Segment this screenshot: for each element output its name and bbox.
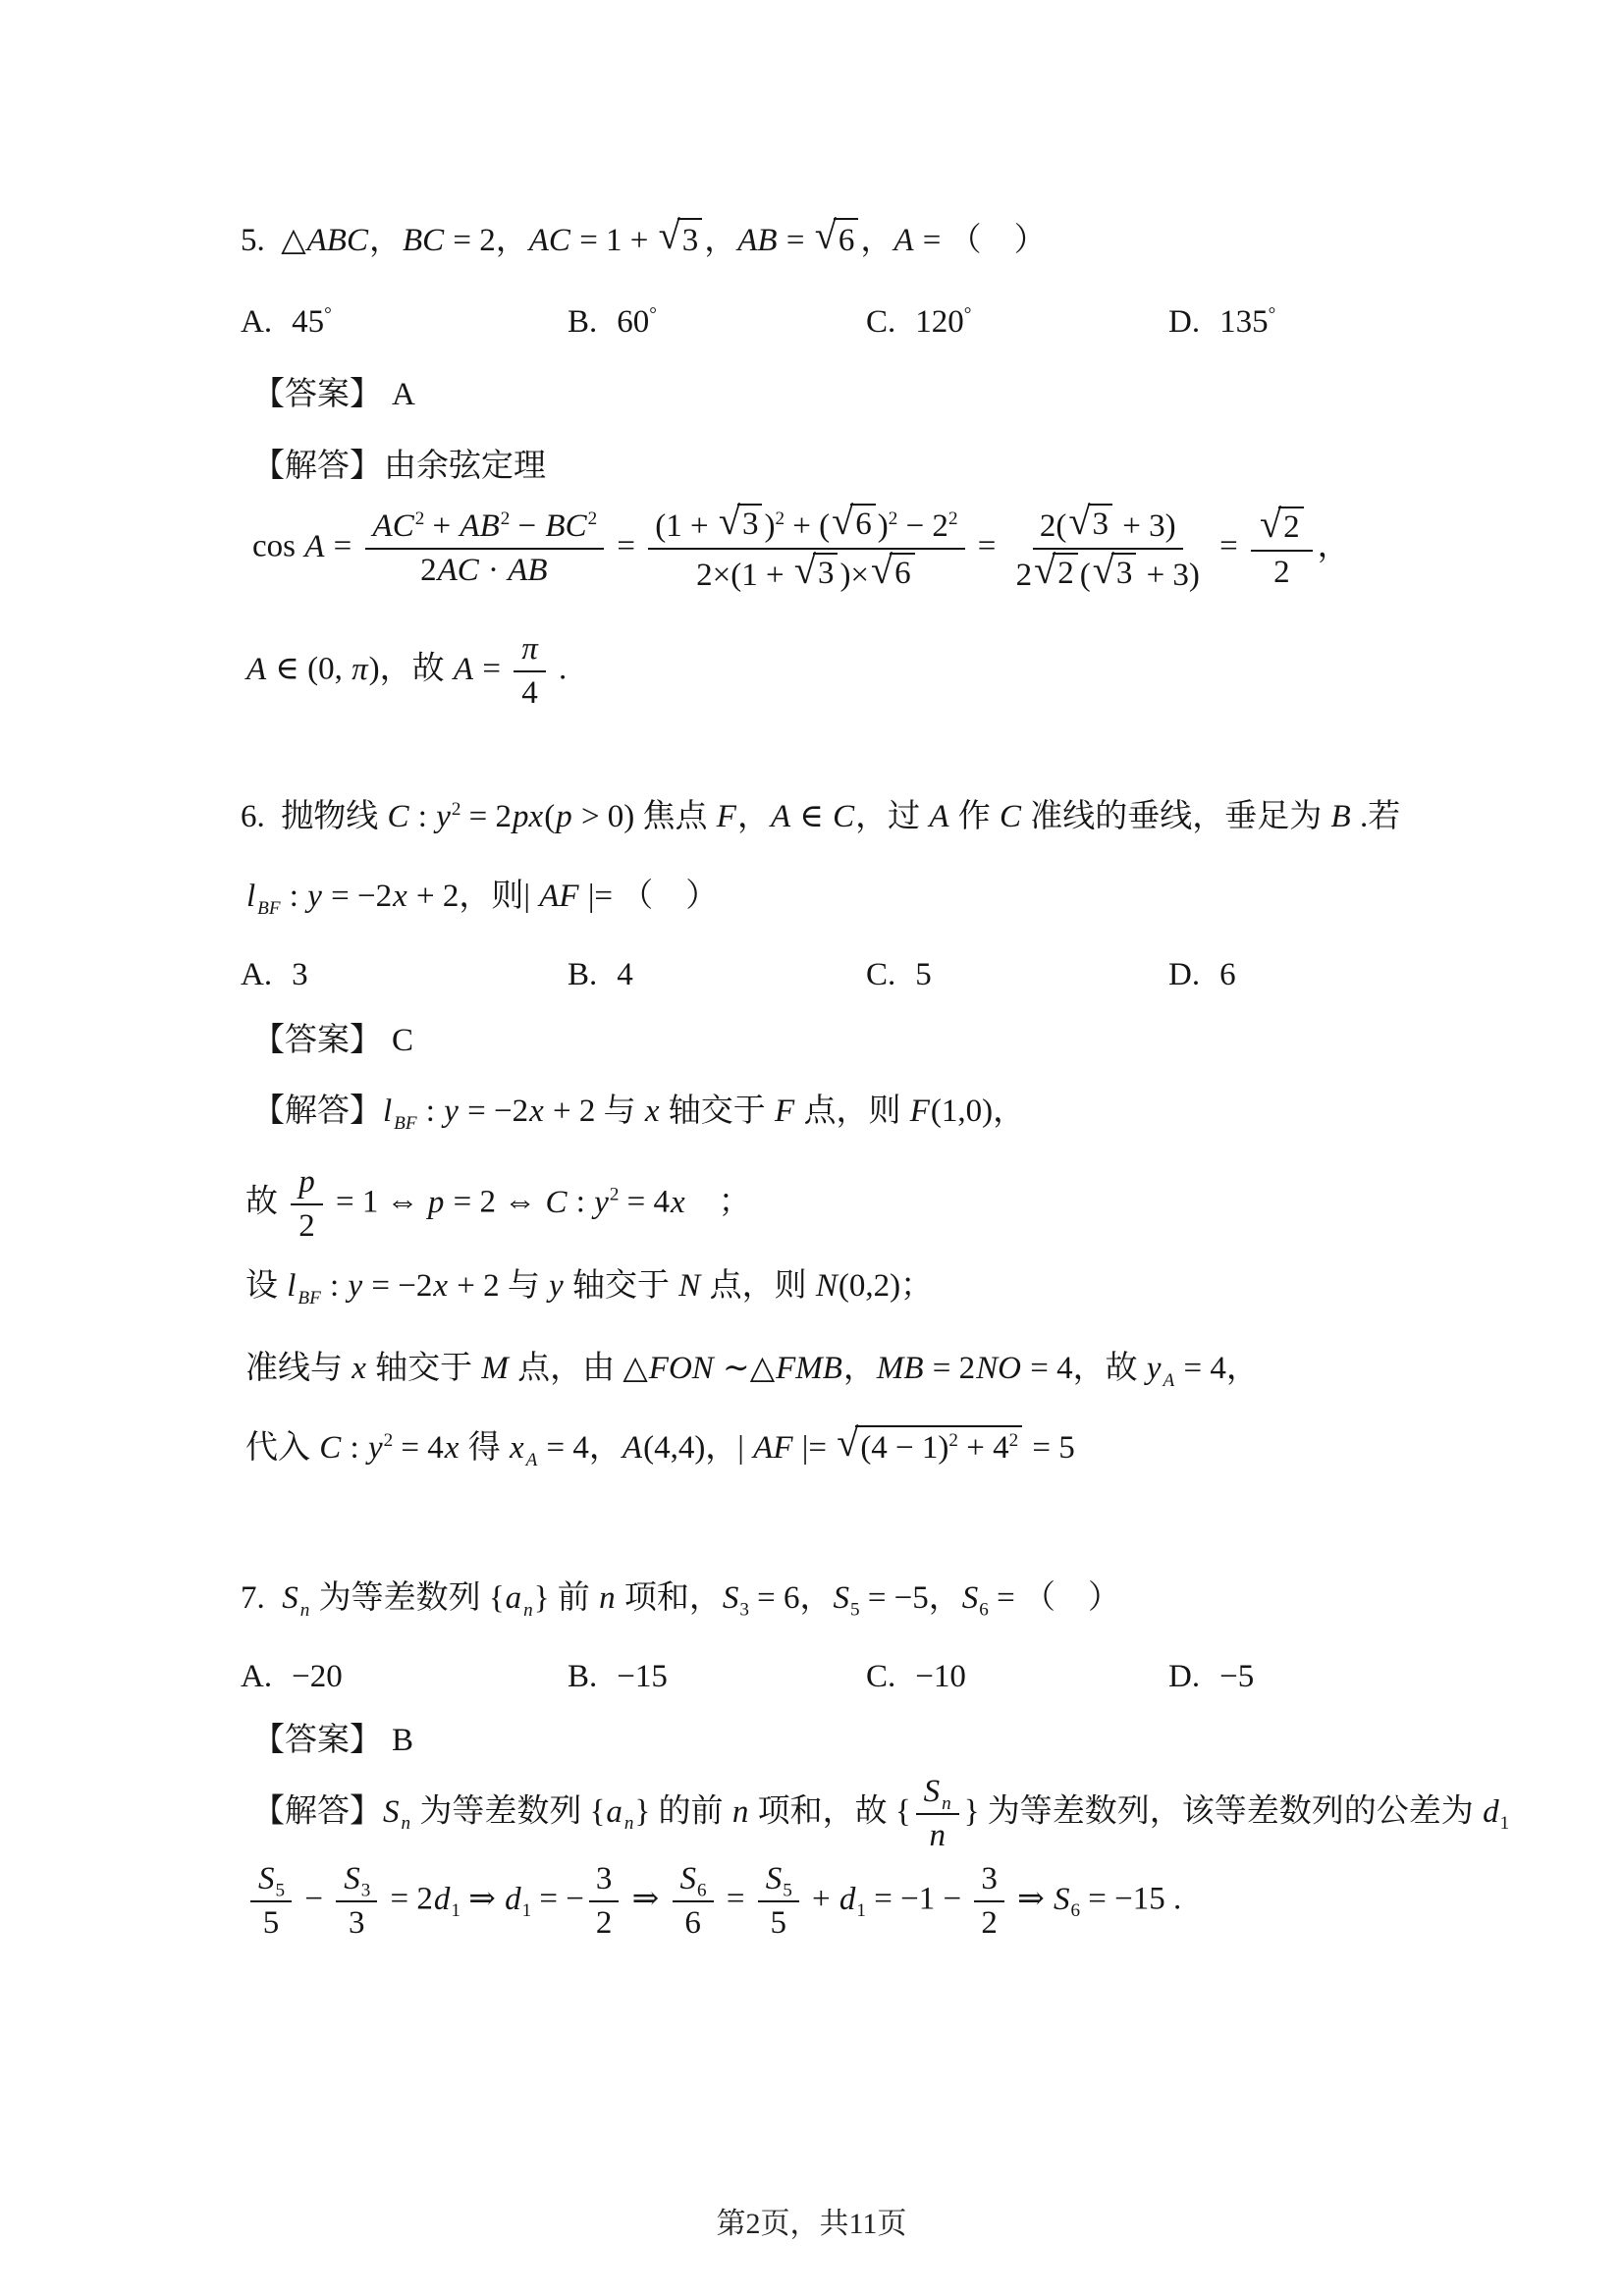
option-label: A. <box>241 1659 272 1694</box>
answer-label: 【答案】 <box>252 377 382 412</box>
option-value: 120° <box>915 304 971 340</box>
solution-text: 由余弦定理 <box>384 449 546 484</box>
answer-label: 【答案】 <box>252 1023 382 1058</box>
option-label: B. <box>568 304 597 340</box>
option-value: −20 <box>292 1659 343 1694</box>
question-7-option-d: D.−5 <box>1168 1659 1254 1695</box>
option-value: 4 <box>617 957 633 992</box>
option-label: C. <box>866 1659 895 1694</box>
question-5-equation-conclusion: A ∈ (0, π)，故 A = π4 . <box>245 630 567 713</box>
option-label: C. <box>866 304 895 340</box>
question-5-solution-intro: 【解答】由余弦定理 <box>252 447 546 487</box>
option-value: 45° <box>292 304 332 340</box>
option-label: B. <box>568 957 597 992</box>
question-7-option-a: A.−20 <box>241 1659 343 1695</box>
answer-value: A <box>392 377 415 412</box>
document-page: { "q5": { "stem": ["5.\u00a0 △", {"v":"A… <box>0 0 1623 2296</box>
question-6-solution-line4: 准线与 x 轴交于 M 点，由 △FON ∼△FMB，MB = 2NO = 4，… <box>245 1349 1259 1389</box>
answer-value: B <box>392 1723 413 1758</box>
question-7-option-c: C.−10 <box>866 1659 966 1695</box>
option-label: D. <box>1168 1659 1200 1694</box>
option-label: B. <box>568 1659 597 1694</box>
option-value: −10 <box>915 1659 966 1694</box>
option-value: 3 <box>292 957 308 992</box>
question-6-option-a: A.3 <box>241 957 308 993</box>
question-5-answer: 【答案】A <box>252 375 415 415</box>
question-6-solution-line5: 代入 C : y2 = 4x 得 xA = 4，A(4,4)，| AF |= √… <box>245 1425 1075 1468</box>
question-6-option-c: C.5 <box>866 957 932 993</box>
question-7-answer: 【答案】B <box>252 1721 413 1761</box>
option-value: 135° <box>1219 304 1275 340</box>
question-7-option-b: B.−15 <box>568 1659 668 1695</box>
option-label: A. <box>241 957 272 992</box>
option-label: D. <box>1168 957 1200 992</box>
question-6-solution-line2: 故 p2 = 1 ⇔ p = 2 ⇔ C : y2 = 4x ； <box>245 1163 751 1246</box>
question-6-solution-line3: 设 lBF : y = −2x + 2 与 y 轴交于 N 点，则 N(0,2)… <box>245 1266 933 1307</box>
question-5-option-b: B.60° <box>568 304 657 341</box>
answer-label: 【答案】 <box>252 1723 382 1758</box>
question-5-option-d: D.135° <box>1168 304 1275 341</box>
question-6-solution-line1: 【解答】lBF : y = −2x + 2 与 x 轴交于 F 点，则 F(1,… <box>252 1092 1025 1132</box>
option-value: −5 <box>1219 1659 1254 1694</box>
option-value: −15 <box>617 1659 668 1694</box>
question-6-stem-line1: 6. 抛物线 C : y2 = 2px(p > 0) 焦点 F，A ∈ C，过 … <box>241 797 1400 837</box>
page-number-footer: 第2页，共11页 <box>0 2199 1623 2242</box>
question-6-option-d: D.6 <box>1168 957 1236 993</box>
question-6-option-b: B.4 <box>568 957 633 993</box>
question-5-option-c: C.120° <box>866 304 971 341</box>
question-7-stem: 7. Sn 为等差数列 {an} 前 n 项和，S3 = 6，S5 = −5，S… <box>241 1578 1120 1619</box>
answer-value: C <box>392 1023 413 1058</box>
question-6-options: A.3 B.4 C.5 D.6 <box>0 957 1623 1008</box>
option-label: A. <box>241 304 272 340</box>
option-label: D. <box>1168 304 1200 340</box>
question-7-solution-line1: 【解答】Sn 为等差数列 {an} 的前 n 项和，故 {Snn} 为等差数列，… <box>252 1773 1509 1855</box>
option-value: 5 <box>915 957 932 992</box>
question-6-stem-line2: lBF : y = −2x + 2，则| AF |= （ ） <box>245 877 718 917</box>
option-value: 6 <box>1219 957 1236 992</box>
question-5-option-a: A.45° <box>241 304 332 341</box>
question-5-equation-main: cos A = AC2 + AB2 − BC22AC · AB = (1 + √… <box>252 503 1350 595</box>
option-value: 60° <box>617 304 657 340</box>
question-7-solution-line2: S55 − S33 = 2d1 ⇒ d1 = −32 ⇒ S66 = S55 +… <box>245 1860 1181 1943</box>
question-5-options: A.45° B.60° C.120° D.135° <box>0 304 1623 355</box>
question-7-options: A.−20 B.−15 C.−10 D.−5 <box>0 1659 1623 1710</box>
solution-label: 【解答】 <box>252 449 382 484</box>
option-label: C. <box>866 957 895 992</box>
question-6-answer: 【答案】C <box>252 1021 413 1061</box>
question-5-stem: 5. △ABC，BC = 2，AC = 1 + √3，AB = √6，A = （… <box>241 218 1047 261</box>
